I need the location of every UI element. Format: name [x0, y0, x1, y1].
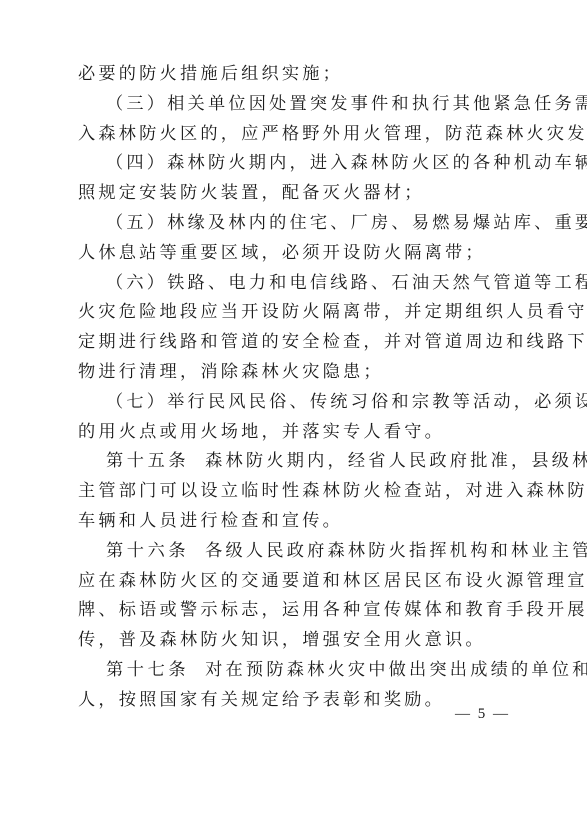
text-line-item-4: （四）森林防火期内，进入森林防火区的各种机动车辆应当按 [78, 149, 510, 179]
text-line: 的用火点或用火场地，并落实专人看守。 [78, 418, 510, 448]
text-line: 照规定安装防火装置，配备灭火器材； [78, 179, 510, 209]
article-text: 各级人民政府森林防火指挥机构和林业主管部门 [205, 541, 587, 561]
text-line: 定期进行线路和管道的安全检查，并对管道周边和线路下的可燃 [78, 328, 510, 358]
text-line-item-3: （三）相关单位因处置突发事件和执行其他紧急任务需要进 [78, 90, 510, 120]
text-line: 物进行清理，消除森林火灾隐患； [78, 358, 510, 388]
text-line: 主管部门可以设立临时性森林防火检查站，对进入森林防火区的 [78, 477, 510, 507]
article-text: 对在预防森林火灾中做出突出成绩的单位和个 [205, 660, 587, 680]
page-number: — 5 — [455, 706, 510, 723]
article-heading: 第十五条 [106, 451, 189, 471]
text-line-item-7: （七）举行民风民俗、传统习俗和宗教等活动，必须设立固定 [78, 388, 510, 418]
article-15: 第十五条森林防火期内，经省人民政府批准，县级林业行政 主管部门可以设立临时性森林… [78, 447, 510, 536]
document-page: 必要的防火措施后组织实施； （三）相关单位因处置突发事件和执行其他紧急任务需要进… [78, 60, 510, 716]
text-line: 应在森林防火区的交通要道和林区居民区布设火源管理宣传碑、 [78, 567, 510, 597]
text-line: 入森林防火区的，应严格野外用火管理，防范森林火灾发生； [78, 120, 510, 150]
text-line: 火灾危险地段应当开设防火隔离带，并定期组织人员看守巡护。 [78, 298, 510, 328]
article-heading: 第十六条 [106, 541, 189, 561]
article-17: 第十七条对在预防森林火灾中做出突出成绩的单位和个 人，按照国家有关规定给予表彰和… [78, 656, 510, 716]
text-line-item-6: （六）铁路、电力和电信线路、石油天然气管道等工程在森林 [78, 269, 510, 299]
article-heading: 第十七条 [106, 660, 189, 680]
text-line: 车辆和人员进行检查和宣传。 [78, 507, 510, 537]
text-line-item-5: （五）林缘及林内的住宅、厂房、易燃易爆站库、重要设施、行 [78, 209, 510, 239]
text-line: 人休息站等重要区域，必须开设防火隔离带； [78, 239, 510, 269]
article-first-line: 第十六条各级人民政府森林防火指挥机构和林业主管部门 [78, 537, 510, 567]
article-16: 第十六条各级人民政府森林防火指挥机构和林业主管部门 应在森林防火区的交通要道和林… [78, 537, 510, 656]
text-line: 牌、标语或警示标志，运用各种宣传媒体和教育手段开展公众宣 [78, 596, 510, 626]
article-first-line: 第十七条对在预防森林火灾中做出突出成绩的单位和个 [78, 656, 510, 686]
text-line: 必要的防火措施后组织实施； [78, 60, 510, 90]
article-first-line: 第十五条森林防火期内，经省人民政府批准，县级林业行政 [78, 447, 510, 477]
text-line: 人，按照国家有关规定给予表彰和奖励。 [78, 686, 510, 716]
text-line: 传，普及森林防火知识，增强安全用火意识。 [78, 626, 510, 656]
article-text: 森林防火期内，经省人民政府批准，县级林业行政 [205, 451, 587, 471]
